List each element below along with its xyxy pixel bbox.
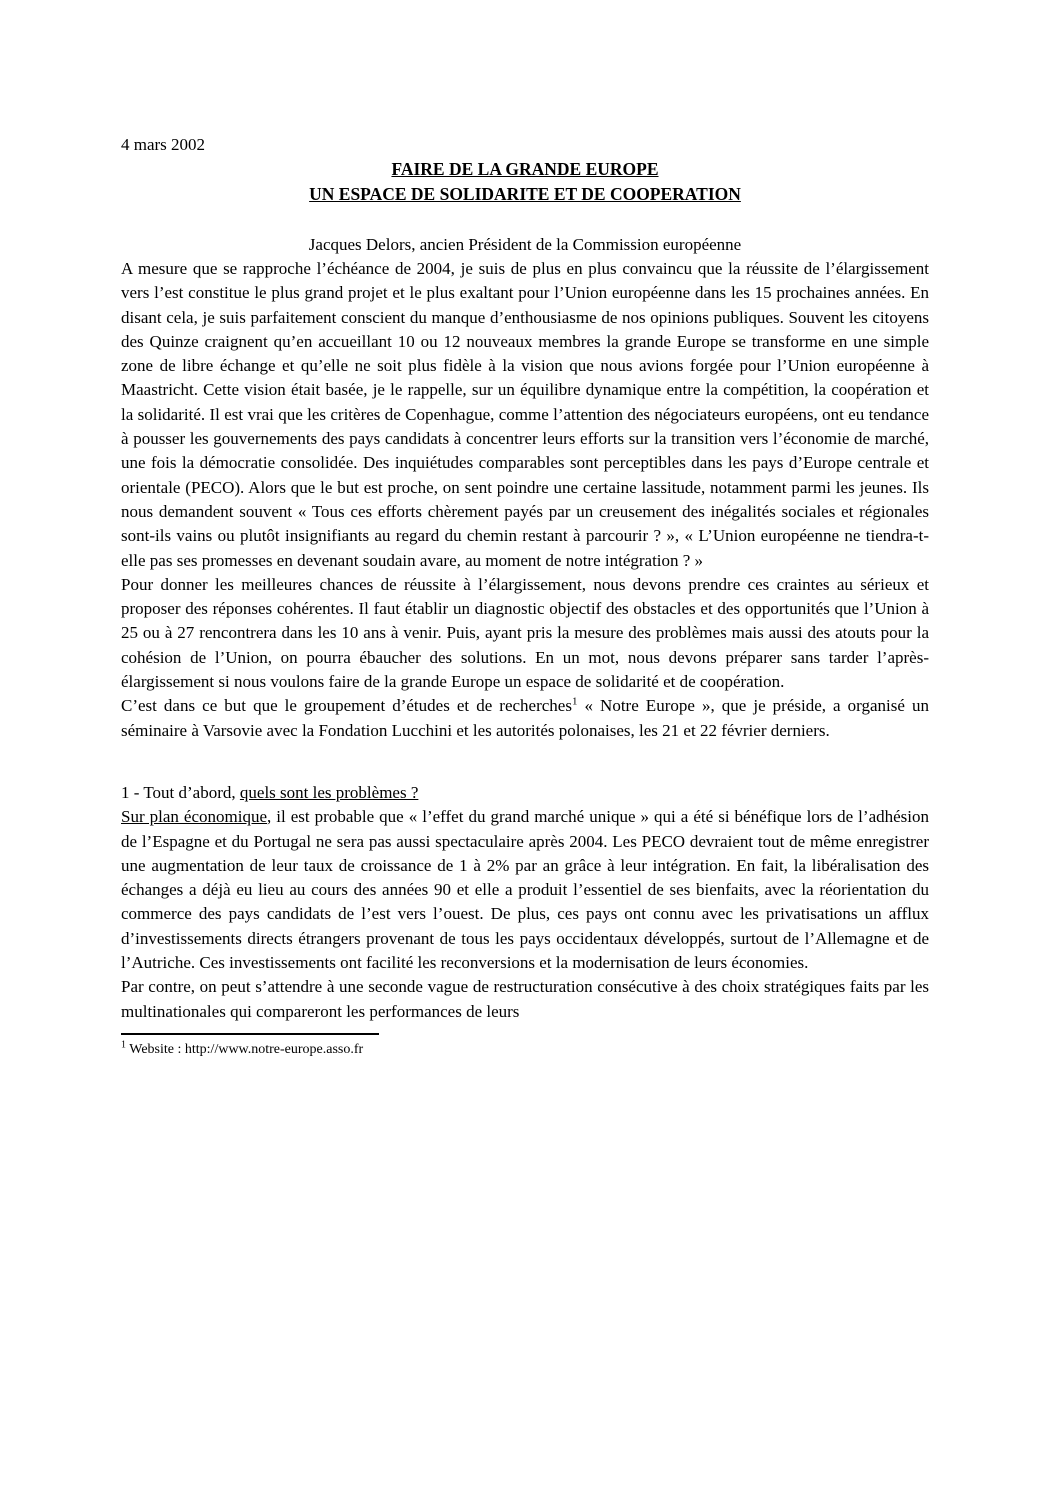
footnote-1-text: Website : http://www.notre-europe.asso.f… bbox=[126, 1042, 363, 1057]
document-title: FAIRE DE LA GRANDE EUROPE UN ESPACE DE S… bbox=[121, 157, 929, 206]
paragraph-3: C’est dans ce but que le groupement d’ét… bbox=[121, 694, 929, 743]
footnote-area: 1 Website : http://www.notre-europe.asso… bbox=[121, 1033, 929, 1060]
footnote-1: 1 Website : http://www.notre-europe.asso… bbox=[121, 1040, 929, 1060]
document-page: 4 mars 2002 FAIRE DE LA GRANDE EUROPE UN… bbox=[0, 0, 1058, 1497]
paragraph-5: Par contre, on peut s’attendre à une sec… bbox=[121, 975, 929, 1024]
document-title-line1: FAIRE DE LA GRANDE EUROPE bbox=[121, 157, 929, 182]
section-1-heading: 1 - Tout d’abord, quels sont les problèm… bbox=[121, 781, 929, 805]
footnote-separator-rule bbox=[121, 1033, 379, 1035]
document-author: Jacques Delors, ancien Président de la C… bbox=[121, 233, 929, 257]
document-date: 4 mars 2002 bbox=[121, 133, 929, 157]
paragraph-2: Pour donner les meilleures chances de ré… bbox=[121, 573, 929, 694]
paragraph-4-text: , il est probable que « l’effet du grand… bbox=[121, 807, 929, 972]
paragraph-4: Sur plan économique, il est probable que… bbox=[121, 805, 929, 975]
paragraph-3-text-before-footnote-ref: C’est dans ce but que le groupement d’ét… bbox=[121, 696, 572, 715]
section-1-heading-question: quels sont les problèmes ? bbox=[240, 783, 418, 802]
paragraph-1: A mesure que se rapproche l’échéance de … bbox=[121, 257, 929, 573]
section-1-heading-prefix: 1 - Tout d’abord, bbox=[121, 783, 240, 802]
paragraph-4-lead-underlined: Sur plan économique bbox=[121, 807, 267, 826]
document-title-line2: UN ESPACE DE SOLIDARITE ET DE COOPERATIO… bbox=[121, 182, 929, 207]
